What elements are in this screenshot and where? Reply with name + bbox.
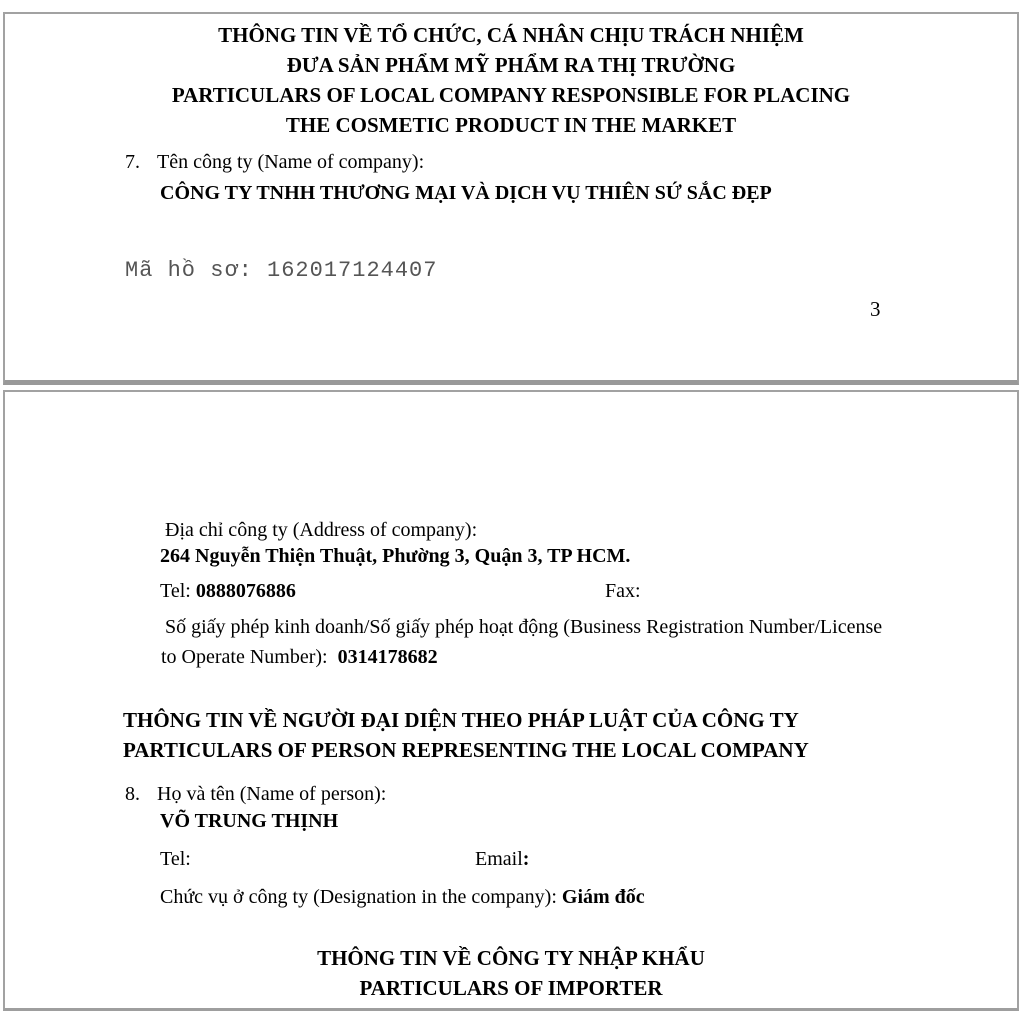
tel2-label: Tel:	[160, 846, 191, 872]
page1-header-line-3: PARTICULARS OF LOCAL COMPANY RESPONSIBLE…	[5, 81, 1017, 109]
email-row: Email:	[475, 846, 529, 872]
designation-row: Chức vụ ở công ty (Designation in the co…	[160, 884, 645, 910]
designation-label: Chức vụ ở công ty (Designation in the co…	[160, 886, 557, 908]
document-canvas: THÔNG TIN VỀ TỔ CHỨC, CÁ NHÂN CHỊU TRÁCH…	[0, 0, 1024, 1024]
license-label-line-2: to Operate Number):	[161, 646, 328, 668]
item8-row: 8.Họ và tên (Name of person):	[125, 781, 386, 807]
address-label: Địa chỉ công ty (Address of company):	[165, 517, 477, 543]
dossier-value: 162017124407	[267, 258, 437, 283]
importer-header-line-2: PARTICULARS OF IMPORTER	[5, 974, 1017, 1002]
page1-header-line-1: THÔNG TIN VỀ TỔ CHỨC, CÁ NHÂN CHỊU TRÁCH…	[5, 21, 1017, 49]
designation-value: Giám đốc	[562, 886, 645, 908]
tel-label: Tel:	[160, 580, 191, 602]
item7-label: Tên công ty (Name of company):	[157, 151, 424, 173]
tel-row: Tel: 0888076886	[160, 578, 296, 604]
item8-label: Họ và tên (Name of person):	[157, 783, 386, 805]
license-label-line-1: Số giấy phép kinh doanh/Số giấy phép hoạ…	[165, 614, 882, 640]
license-value: 0314178682	[338, 646, 438, 668]
email-colon: :	[523, 848, 530, 870]
item7-number: 7.	[125, 151, 140, 173]
fax-label: Fax:	[605, 578, 641, 604]
importer-header-line-1: THÔNG TIN VỀ CÔNG TY NHẬP KHẨU	[5, 944, 1017, 972]
dossier-row: Mã hồ sơ: 162017124407	[125, 258, 437, 284]
representative-header-line-2: PARTICULARS OF PERSON REPRESENTING THE L…	[123, 736, 809, 764]
page1-header-line-4: THE COSMETIC PRODUCT IN THE MARKET	[5, 111, 1017, 139]
tel-value: 0888076886	[196, 580, 296, 602]
item8-number: 8.	[125, 783, 140, 805]
email-label: Email	[475, 848, 523, 870]
item7-row: 7.Tên công ty (Name of company):	[125, 149, 424, 175]
page-2: Địa chỉ công ty (Address of company): 26…	[3, 390, 1019, 1011]
address-value: 264 Nguyễn Thiện Thuật, Phường 3, Quận 3…	[160, 543, 630, 569]
dossier-label: Mã hồ sơ:	[125, 258, 253, 283]
license-row-2: to Operate Number):0314178682	[161, 644, 438, 670]
page1-header-line-2: ĐƯA SẢN PHẨM MỸ PHẨM RA THỊ TRƯỜNG	[5, 51, 1017, 79]
person-name-value: VÕ TRUNG THỊNH	[160, 808, 338, 834]
company-name-value: CÔNG TY TNHH THƯƠNG MẠI VÀ DỊCH VỤ THIÊN…	[160, 180, 772, 206]
page-1: THÔNG TIN VỀ TỔ CHỨC, CÁ NHÂN CHỊU TRÁCH…	[3, 12, 1019, 385]
representative-header-line-1: THÔNG TIN VỀ NGƯỜI ĐẠI DIỆN THEO PHÁP LU…	[123, 706, 799, 734]
page-number: 3	[870, 296, 881, 322]
